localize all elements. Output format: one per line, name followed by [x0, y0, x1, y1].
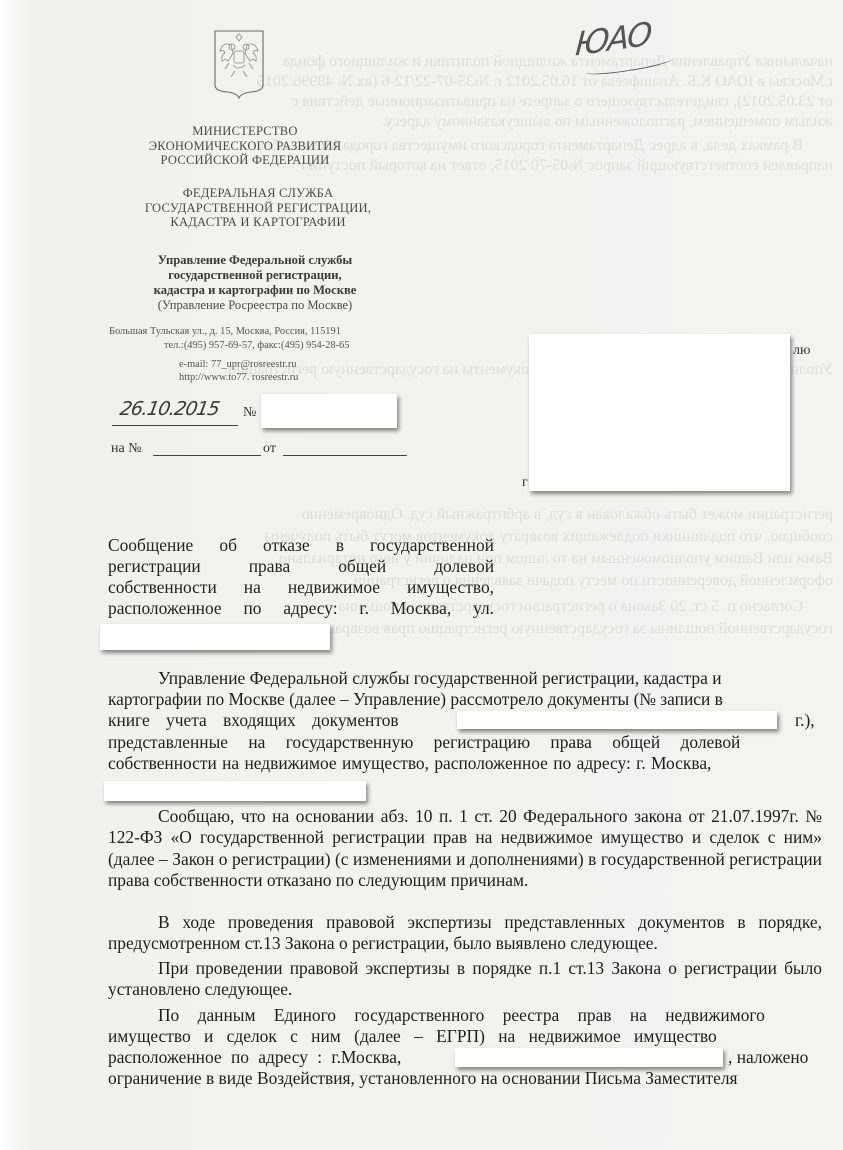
office-address: Большая Тульская ул., д. 15, Москва, Рос…	[109, 325, 341, 338]
bleed-line: жилым помещением, расположенным по вышеу…	[382, 112, 833, 131]
ministry-name: МИНИСТЕРСТВО ЭКОНОМИЧЕСКОГО РАЗВИТИЯ РОС…	[120, 124, 370, 168]
coat-of-arms-icon	[211, 27, 267, 99]
service-name: ФЕДЕРАЛЬНАЯ СЛУЖБА ГОСУДАРСТВЕННОЙ РЕГИС…	[118, 186, 398, 230]
redacted-letter-number	[261, 394, 397, 428]
body-line: г.),	[795, 710, 815, 731]
body-line: расположенное по адресу : г.Москва,	[108, 1047, 401, 1068]
body-line: имущество и сделок с ним (далее – ЕГРП) …	[108, 1026, 717, 1047]
body-text: ограничение в виде Воздействия, установл…	[108, 1068, 738, 1088]
in-reply-date-line	[283, 455, 407, 456]
ministry-line: ЭКОНОМИЧЕСКОГО РАЗВИТИЯ	[120, 139, 370, 154]
subject-line: регистрации права общей долевой	[108, 556, 494, 577]
office-line: государственной регистрации,	[168, 268, 341, 282]
subject-line: расположенное по адресу: г. Москва, ул.	[108, 598, 494, 619]
body-line: ограничение в виде Воздействия, установл…	[108, 1068, 738, 1089]
body-line: По данным Единого государственного реест…	[108, 1005, 822, 1026]
office-line: Управление Федеральной службы	[158, 253, 352, 267]
body-text: картографии по Москве (далее – Управлени…	[108, 689, 723, 710]
bleed-line: регистрации может быть обжалован в суд, …	[302, 505, 833, 524]
recipient-fragment-bottom: г	[522, 475, 528, 491]
body-text: По данным Единого государственного реест…	[158, 1005, 765, 1026]
redacted-registration-number	[457, 711, 777, 729]
ministry-line: РОССИЙСКОЙ ФЕДЕРАЦИИ	[120, 153, 370, 168]
handwritten-district-code: ЮАО	[574, 14, 652, 63]
service-line: ФЕДЕРАЛЬНАЯ СЛУЖБА	[118, 186, 398, 201]
body-text: расположенное по адресу : г.Москва,	[108, 1047, 401, 1067]
subject-line: Сообщение об отказе в государственной	[108, 535, 494, 556]
redacted-subject-address	[100, 624, 330, 650]
document-page: начальника Управления Департамента жилищ…	[0, 0, 843, 1150]
redacted-restriction-address	[455, 1048, 723, 1067]
office-name: Управление Федеральной службы государств…	[110, 253, 400, 313]
bleed-line: начальника Управления Департамента жилищ…	[283, 52, 833, 71]
body-line: , наложено	[728, 1047, 808, 1068]
from-label: от	[263, 441, 276, 457]
bleed-line: направлен соответствующий запрос №05-70/…	[302, 156, 833, 175]
body-paragraph-findings: При проведении правовой экспертизы в пор…	[108, 958, 822, 1001]
redacted-property-address	[104, 781, 366, 801]
body-text: собственности на недвижимое имущество, р…	[108, 753, 711, 773]
office-short-name: (Управление Росреестра по Москве)	[110, 298, 400, 313]
body-paragraph-legal-basis: Сообщаю, что на основании абз. 10 п. 1 с…	[108, 806, 822, 891]
handwritten-date: 26.10.2015	[118, 398, 221, 420]
bleed-line: от 23.05.2012), свидетельствующего о зап…	[291, 92, 833, 111]
body-text: представленные на государственную регист…	[108, 732, 740, 753]
service-line: ГОСУДАРСТВЕННОЙ РЕГИСТРАЦИИ,	[118, 201, 398, 216]
body-text: книге учета входящих документов	[108, 710, 399, 730]
office-website: http://www.to77. rosreestr.ru	[179, 371, 298, 384]
in-reply-number-line	[153, 455, 261, 456]
body-text: Управление Федеральной службы государств…	[158, 668, 722, 689]
service-line: КАДАСТРА И КАРТОГРАФИИ	[118, 215, 398, 230]
body-text: имущество и сделок с ним (далее – ЕГРП) …	[108, 1026, 717, 1046]
bleed-line: г.Москвы в ЮАО К.Б. Анашфеева от 16.05.2…	[257, 72, 833, 91]
letter-subject: Сообщение об отказе в государственной ре…	[108, 535, 494, 619]
redacted-recipient	[529, 334, 790, 491]
body-line: книге учета входящих документов	[108, 710, 399, 731]
body-line: Управление Федеральной службы государств…	[108, 668, 822, 689]
number-label: №	[243, 405, 256, 421]
body-line: представленные на государственную регист…	[108, 732, 822, 753]
office-phones: тел.:(495) 957-69-57, факс:(495) 954-28-…	[164, 339, 349, 352]
date-underline	[112, 425, 238, 426]
office-email: e-mail: 77_upr@rosreestr.ru	[179, 358, 296, 371]
body-line: картографии по Москве (далее – Управлени…	[108, 689, 822, 710]
body-text: , наложено	[728, 1047, 808, 1067]
office-line: кадастра и картографии по Москве	[154, 283, 357, 297]
in-reply-label: на №	[111, 441, 142, 457]
body-text: г.),	[795, 710, 815, 730]
ministry-line: МИНИСТЕРСТВО	[120, 124, 370, 139]
recipient-fragment: лю	[793, 343, 843, 359]
bleed-line: государственной пошлины за государственн…	[287, 619, 833, 638]
subject-line: собственности на недвижимое имущество,	[108, 577, 494, 598]
body-line: собственности на недвижимое имущество, р…	[108, 753, 711, 774]
body-paragraph-expertise: В ходе проведения правовой экспертизы пр…	[108, 912, 822, 955]
